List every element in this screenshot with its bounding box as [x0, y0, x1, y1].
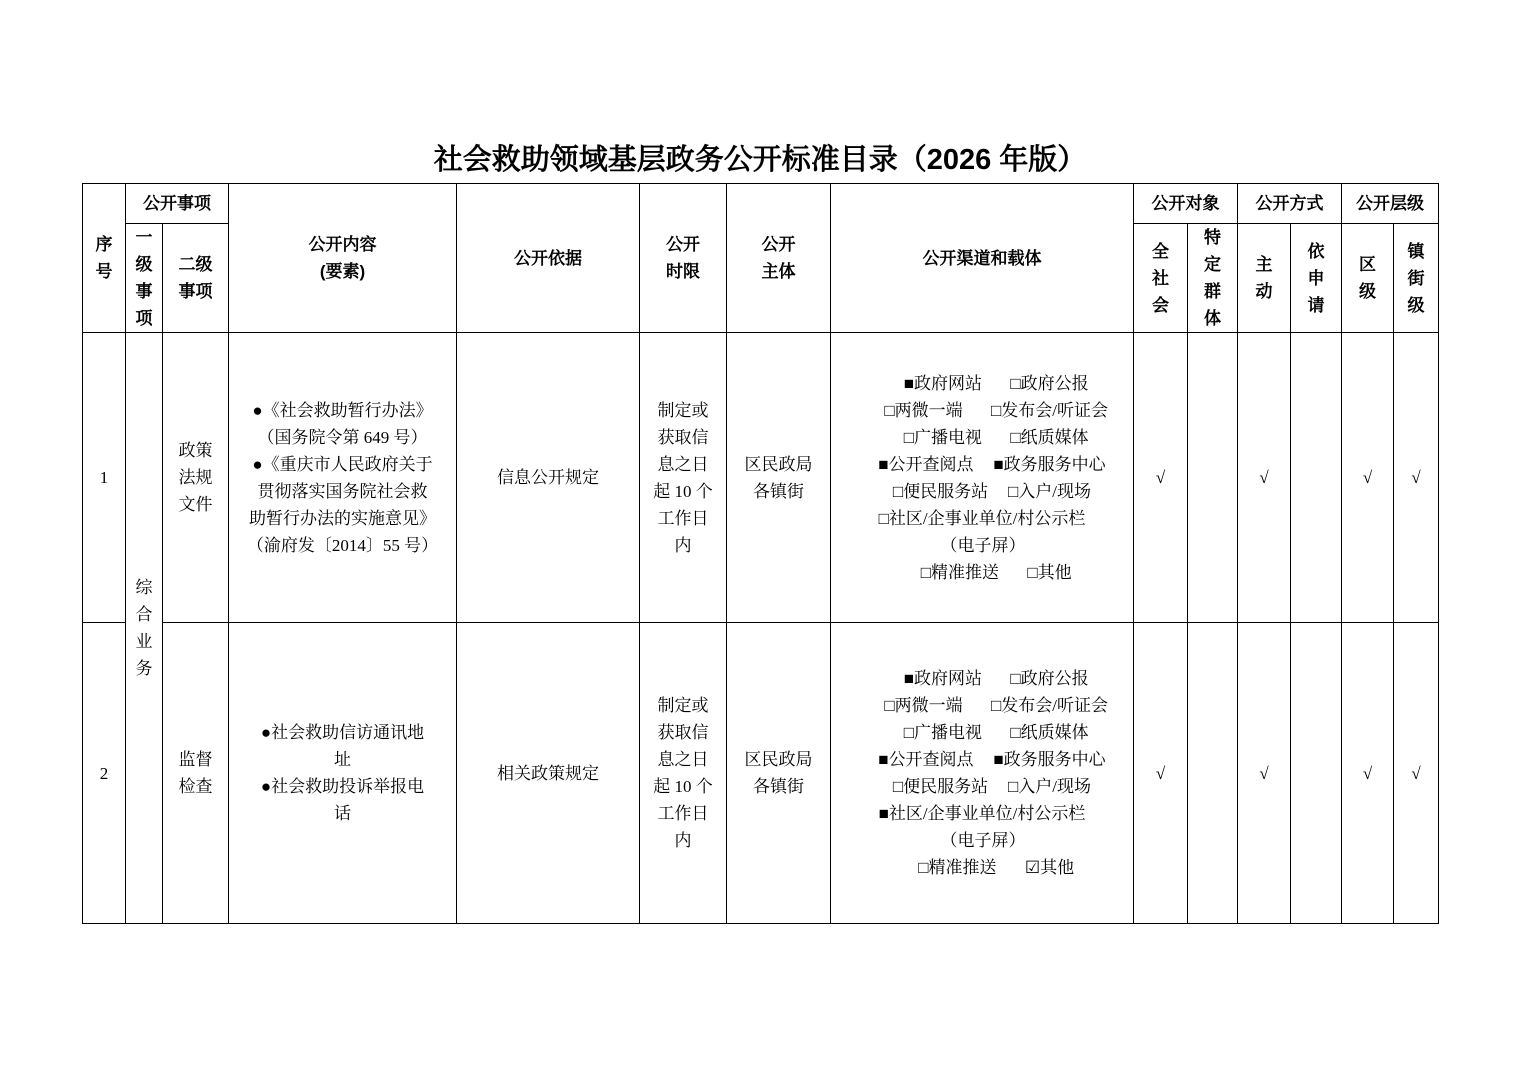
channel-line: □两微一端□发布会/听证会 — [831, 692, 1133, 719]
header-level1-item: 一 级 事 项 — [126, 224, 163, 333]
channel-line: ■公开查阅点■政务服务中心 — [831, 746, 1133, 773]
channel-label: 入户/现场 — [1018, 482, 1091, 501]
method-active-mark: √ — [1238, 623, 1291, 924]
channel-label: 发布会/听证会 — [1001, 401, 1108, 420]
channel-checkbox-icon: □ — [904, 719, 914, 746]
content-item: ●社会救助信访通讯地 址 — [229, 719, 456, 773]
channel-line: □精准推送☑其他 — [831, 854, 1133, 881]
channel-line: ■政府网站□政府公报 — [831, 370, 1133, 397]
channel-line: □便民服务站□入户/现场 — [831, 478, 1133, 505]
channel-label: 便民服务站 — [903, 482, 988, 501]
channel-checkbox-icon: □ — [893, 773, 903, 800]
channel-label: 政府公报 — [1021, 669, 1089, 688]
header-audience-specific: 特 定 群 体 — [1188, 224, 1238, 333]
header-method-group: 公开方式 — [1238, 184, 1342, 224]
time-limit-cell: 制定或 获取信 息之日 起 10 个 工作日 内 — [640, 333, 727, 623]
channel-line: ■公开查阅点■政务服务中心 — [831, 451, 1133, 478]
audience-specific-mark — [1188, 623, 1238, 924]
channel-line: □广播电视□纸质媒体 — [831, 719, 1133, 746]
header-time-limit: 公开 时限 — [640, 184, 727, 333]
channel-label: （电子屏） — [941, 831, 1026, 850]
header-audience-group: 公开对象 — [1134, 184, 1238, 224]
channel-checkbox-icon: ■ — [878, 746, 888, 773]
content-item: ●社会救助投诉举报电 话 — [229, 773, 456, 827]
channel-checkbox-icon: □ — [918, 854, 928, 881]
channel-checkbox-icon: □ — [884, 692, 894, 719]
channel-label: 社区/企事业单位/村公示栏 — [889, 804, 1085, 823]
channels-cell: ■政府网站□政府公报 □两微一端□发布会/听证会 □广播电视□纸质媒体 ■公开查… — [831, 623, 1134, 924]
channel-label: 精准推送 — [931, 563, 999, 582]
level-district-mark: √ — [1342, 333, 1394, 623]
header-method-request: 依 申 请 — [1291, 224, 1342, 333]
channel-checkbox-icon: □ — [921, 559, 931, 586]
channel-label: 纸质媒体 — [1021, 428, 1089, 447]
channel-checkbox-icon: ■ — [993, 746, 1003, 773]
basis-cell: 相关政策规定 — [457, 623, 640, 924]
channel-label: 公开查阅点 — [889, 455, 974, 474]
channel-checkbox-icon: □ — [879, 505, 889, 532]
header-level2-item: 二级 事项 — [163, 224, 229, 333]
channel-checkbox-icon: □ — [991, 397, 1001, 424]
channel-line: □便民服务站□入户/现场 — [831, 773, 1133, 800]
channel-label: 纸质媒体 — [1021, 723, 1089, 742]
channels-cell: ■政府网站□政府公报 □两微一端□发布会/听证会 □广播电视□纸质媒体 ■公开查… — [831, 333, 1134, 623]
channel-label: 政务服务中心 — [1004, 750, 1106, 769]
channel-line: ■社区/企事业单位/村公示栏 — [831, 800, 1133, 827]
content-item: ●《社会救助暂行办法》 （国务院令第 649 号） — [229, 397, 456, 451]
header-channels: 公开渠道和载体 — [831, 184, 1134, 333]
channel-checkbox-icon: □ — [1010, 424, 1020, 451]
serial-cell: 1 — [83, 333, 126, 623]
channel-line: （电子屏） — [831, 827, 1133, 854]
channel-label: 广播电视 — [914, 428, 982, 447]
channel-label: 公开查阅点 — [889, 750, 974, 769]
channel-checkbox-icon: □ — [893, 478, 903, 505]
level-town-mark: √ — [1394, 623, 1439, 924]
header-audience-all: 全 社 会 — [1134, 224, 1188, 333]
channel-checkbox-icon: □ — [884, 397, 894, 424]
channel-checkbox-icon: ■ — [879, 800, 889, 827]
header-basis: 公开依据 — [457, 184, 640, 333]
channel-checkbox-icon: □ — [1008, 773, 1018, 800]
channel-line: □社区/企事业单位/村公示栏 — [831, 505, 1133, 532]
level-district-mark: √ — [1342, 623, 1394, 924]
content-item: ●《重庆市人民政府关于 贯彻落实国务院社会救 助暂行办法的实施意见》 （渝府发〔… — [229, 451, 456, 559]
channel-checkbox-icon: □ — [991, 692, 1001, 719]
channel-checkbox-icon: ■ — [904, 370, 914, 397]
channel-label: 便民服务站 — [903, 777, 988, 796]
channel-checkbox-icon: ■ — [878, 451, 888, 478]
channel-checkbox-icon: □ — [1008, 478, 1018, 505]
channel-checkbox-icon: ☑ — [1025, 854, 1040, 881]
channel-label: 政府网站 — [914, 374, 982, 393]
page-title: 社会救助领域基层政务公开标准目录（2026 年版） — [82, 142, 1438, 178]
content-cell: ●《社会救助暂行办法》 （国务院令第 649 号） ●《重庆市人民政府关于 贯彻… — [229, 333, 457, 623]
channel-label: 入户/现场 — [1018, 777, 1091, 796]
method-active-mark: √ — [1238, 333, 1291, 623]
channel-label: 社区/企事业单位/村公示栏 — [889, 509, 1085, 528]
subject-cell: 区民政局 各镇街 — [727, 623, 831, 924]
channel-label: （电子屏） — [941, 536, 1026, 555]
serial-cell: 2 — [83, 623, 126, 924]
channel-label: 其他 — [1038, 563, 1072, 582]
channel-checkbox-icon: □ — [1010, 370, 1020, 397]
time-limit-cell: 制定或 获取信 息之日 起 10 个 工作日 内 — [640, 623, 727, 924]
channel-line: （电子屏） — [831, 532, 1133, 559]
channel-label: 政府网站 — [914, 669, 982, 688]
channel-label: 两微一端 — [895, 696, 963, 715]
level2-item-cell: 监督 检查 — [163, 623, 229, 924]
channel-line: □广播电视□纸质媒体 — [831, 424, 1133, 451]
header-level-district: 区 级 — [1342, 224, 1394, 333]
channel-line: □两微一端□发布会/听证会 — [831, 397, 1133, 424]
channel-label: 精准推送 — [929, 858, 997, 877]
header-level-group: 公开层级 — [1342, 184, 1439, 224]
level1-item-cell: 综 合 业 务 — [126, 333, 163, 924]
channel-checkbox-icon: □ — [1010, 719, 1020, 746]
basis-cell: 信息公开规定 — [457, 333, 640, 623]
method-request-mark — [1291, 333, 1342, 623]
channel-line: □精准推送□其他 — [831, 559, 1133, 586]
channel-checkbox-icon: ■ — [993, 451, 1003, 478]
header-subject: 公开 主体 — [727, 184, 831, 333]
channel-checkbox-icon: □ — [1010, 665, 1020, 692]
channel-label: 政务服务中心 — [1004, 455, 1106, 474]
header-content: 公开内容 (要素) — [229, 184, 457, 333]
header-serial: 序 号 — [83, 184, 126, 333]
channel-label: 两微一端 — [895, 401, 963, 420]
disclosure-standard-table: 序 号 公开事项 公开内容 (要素) 公开依据 公开 时限 公开 主体 公开渠道… — [82, 183, 1439, 924]
channel-checkbox-icon: ■ — [904, 665, 914, 692]
level2-item-cell: 政策 法规 文件 — [163, 333, 229, 623]
header-level-town: 镇 街 级 — [1394, 224, 1439, 333]
subject-cell: 区民政局 各镇街 — [727, 333, 831, 623]
audience-all-mark: √ — [1134, 333, 1188, 623]
channel-label: 广播电视 — [914, 723, 982, 742]
channel-line: ■政府网站□政府公报 — [831, 665, 1133, 692]
channel-checkbox-icon: □ — [904, 424, 914, 451]
header-public-items-group: 公开事项 — [126, 184, 229, 224]
channel-label: 其他 — [1040, 858, 1074, 877]
method-request-mark — [1291, 623, 1342, 924]
audience-specific-mark — [1188, 333, 1238, 623]
channel-label: 发布会/听证会 — [1001, 696, 1108, 715]
channel-checkbox-icon: □ — [1027, 559, 1037, 586]
audience-all-mark: √ — [1134, 623, 1188, 924]
content-cell: ●社会救助信访通讯地 址 ●社会救助投诉举报电 话 — [229, 623, 457, 924]
channel-label: 政府公报 — [1021, 374, 1089, 393]
header-method-active: 主 动 — [1238, 224, 1291, 333]
document-page: 社会救助领域基层政务公开标准目录（2026 年版） 序 号 公开事项 公开内容 … — [0, 0, 1520, 1074]
level-town-mark: √ — [1394, 333, 1439, 623]
